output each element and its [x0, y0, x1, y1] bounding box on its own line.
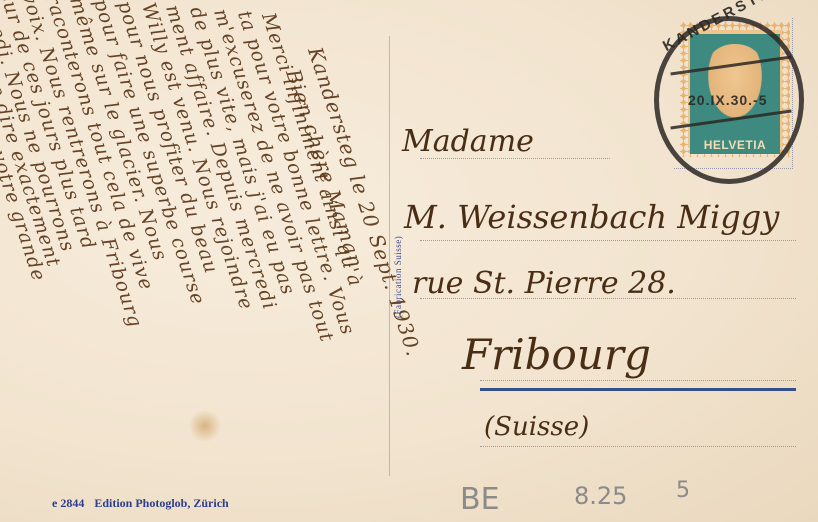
- address-line-3: rue St. Pierre 28.: [412, 266, 676, 301]
- edition-text: Edition Photoglob, Zürich: [94, 496, 228, 510]
- publisher-imprint: e 2844Edition Photoglob, Zürich: [52, 496, 229, 511]
- stain: [190, 408, 220, 444]
- fabrication-label: (Fabrication Suisse): [393, 236, 403, 318]
- message-area: Kandersteg le 20 Sept. 1930. Bien chère …: [0, 0, 400, 522]
- address-line-2: M. Weissenbach Miggy: [404, 198, 779, 236]
- address-line-rule: [480, 380, 796, 381]
- address-line-4: Fribourg: [462, 330, 651, 379]
- address-line-rule: [420, 240, 796, 241]
- address-line-rule: [480, 446, 796, 447]
- postmark-date: 20.IX.30.-5: [688, 92, 768, 108]
- pencil-note-left: BE: [460, 482, 500, 517]
- pencil-note-middle: 8.25: [574, 482, 627, 510]
- postcard-back: Kandersteg le 20 Sept. 1930. Bien chère …: [0, 0, 818, 522]
- center-divider: [389, 36, 390, 476]
- address-line-1: Madame: [402, 124, 534, 159]
- pencil-note-right: 5: [676, 478, 690, 503]
- address-line-5: (Suisse): [484, 412, 589, 442]
- blue-underline: [480, 388, 796, 391]
- edition-number: e 2844: [52, 496, 84, 510]
